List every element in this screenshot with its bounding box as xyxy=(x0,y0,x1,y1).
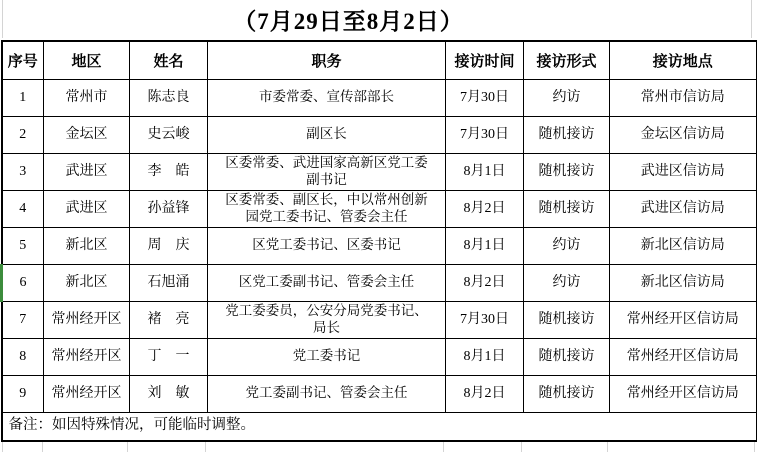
cell-name[interactable]: 刘 敏 xyxy=(130,375,208,412)
cell-location[interactable]: 武进区信访局 xyxy=(610,190,757,227)
cell-region[interactable]: 武进区 xyxy=(44,153,130,190)
cell-location[interactable]: 金坛区信访局 xyxy=(610,116,757,153)
cell-location[interactable]: 新北区信访局 xyxy=(610,227,757,264)
cell-serial[interactable]: 3 xyxy=(2,153,44,190)
cell-name[interactable]: 石旭涌 xyxy=(130,264,208,301)
cell-region[interactable]: 常州市 xyxy=(44,79,130,116)
cell-name[interactable]: 孙益锋 xyxy=(130,190,208,227)
table-row: 1 常州市 陈志良 市委常委、宣传部部长 7月30日 约访 常州市信访局 xyxy=(2,79,757,116)
cell-serial[interactable]: 7 xyxy=(2,301,44,338)
gridline xyxy=(607,442,608,452)
cell-location[interactable]: 武进区信访局 xyxy=(610,153,757,190)
cell-position[interactable]: 区委常委、武进国家高新区党工委 副书记 xyxy=(208,153,446,190)
cell-time[interactable]: 7月30日 xyxy=(446,116,524,153)
cell-region[interactable]: 武进区 xyxy=(44,190,130,227)
reception-schedule-table: 序号地区姓名职务接访时间接访形式接访地点 1 常州市 陈志良 市委常委、宣传部部… xyxy=(0,40,757,442)
table-body: 1 常州市 陈志良 市委常委、宣传部部长 7月30日 约访 常州市信访局 2 金… xyxy=(2,79,757,412)
cell-location[interactable]: 常州经开区信访局 xyxy=(610,375,757,412)
table-row: 7 常州经开区 褚 亮 党工委委员，公安分局党委书记、 局长 7月30日 随机接… xyxy=(2,301,757,338)
cell-format[interactable]: 随机接访 xyxy=(524,190,610,227)
cell-serial[interactable]: 2 xyxy=(2,116,44,153)
gridline xyxy=(521,442,522,452)
cell-name[interactable]: 周 庆 xyxy=(130,227,208,264)
note-row: 备注：如因特殊情况，可能临时调整。 xyxy=(2,412,757,441)
cell-time[interactable]: 8月2日 xyxy=(446,375,524,412)
cell-format[interactable]: 随机接访 xyxy=(524,116,610,153)
cell-location[interactable]: 常州经开区信访局 xyxy=(610,338,757,375)
cell-name[interactable]: 李 皓 xyxy=(130,153,208,190)
cell-location[interactable]: 新北区信访局 xyxy=(610,264,757,301)
table-row: 2 金坛区 史云峻 副区长 7月30日 随机接访 金坛区信访局 xyxy=(2,116,757,153)
cell-position[interactable]: 区党工委副书记、管委会主任 xyxy=(208,264,446,301)
cell-time[interactable]: 8月1日 xyxy=(446,338,524,375)
header-row: 序号地区姓名职务接访时间接访形式接访地点 xyxy=(2,41,757,79)
cell-location[interactable]: 常州市信访局 xyxy=(610,79,757,116)
cell-serial[interactable]: 5 xyxy=(2,227,44,264)
cell-time[interactable]: 7月30日 xyxy=(446,301,524,338)
cell-serial[interactable]: 4 xyxy=(2,190,44,227)
cell-position[interactable]: 副区长 xyxy=(208,116,446,153)
cell-position[interactable]: 市委常委、宣传部部长 xyxy=(208,79,446,116)
spreadsheet-page: （7月29日至8月2日） 序号地区姓名职务接访时间接访形式接访地点 1 常州市 … xyxy=(0,0,757,452)
cell-region[interactable]: 金坛区 xyxy=(44,116,130,153)
cell-time[interactable]: 8月2日 xyxy=(446,264,524,301)
table-row: 3 武进区 李 皓 区委常委、武进国家高新区党工委 副书记 8月1日 随机接访 … xyxy=(2,153,757,190)
cell-format[interactable]: 约访 xyxy=(524,264,610,301)
cell-region[interactable]: 常州经开区 xyxy=(44,338,130,375)
cell-location[interactable]: 常州经开区信访局 xyxy=(610,301,757,338)
cell-name[interactable]: 褚 亮 xyxy=(130,301,208,338)
cell-time[interactable]: 8月2日 xyxy=(446,190,524,227)
gridline xyxy=(205,442,206,452)
cell-region[interactable]: 新北区 xyxy=(44,264,130,301)
gridline xyxy=(2,442,3,452)
cell-name[interactable]: 陈志良 xyxy=(130,79,208,116)
table-row: 4 武进区 孙益锋 区委常委、副区长，中以常州创新 园党工委书记、管委会主任 8… xyxy=(2,190,757,227)
header-cell[interactable]: 姓名 xyxy=(130,41,208,79)
cell-time[interactable]: 8月1日 xyxy=(446,153,524,190)
note-cell[interactable]: 备注：如因特殊情况，可能临时调整。 xyxy=(2,412,757,441)
cell-format[interactable]: 约访 xyxy=(524,79,610,116)
header-cell[interactable]: 地区 xyxy=(44,41,130,79)
cell-time[interactable]: 7月30日 xyxy=(446,79,524,116)
cell-format[interactable]: 约访 xyxy=(524,227,610,264)
cell-serial[interactable]: 1 xyxy=(2,79,44,116)
cell-region[interactable]: 常州经开区 xyxy=(44,375,130,412)
table-row: 8 常州经开区 丁 一 党工委书记 8月1日 随机接访 常州经开区信访局 xyxy=(2,338,757,375)
cell-format[interactable]: 随机接访 xyxy=(524,338,610,375)
cell-serial[interactable]: 9 xyxy=(2,375,44,412)
cell-position[interactable]: 党工委副书记、管委会主任 xyxy=(208,375,446,412)
table-row: 9 常州经开区 刘 敏 党工委副书记、管委会主任 8月2日 随机接访 常州经开区… xyxy=(2,375,757,412)
cell-serial[interactable]: 8 xyxy=(2,338,44,375)
cell-position[interactable]: 区委常委、副区长，中以常州创新 园党工委书记、管委会主任 xyxy=(208,190,446,227)
header-cell[interactable]: 接访时间 xyxy=(446,41,524,79)
gridline xyxy=(127,442,128,452)
header-cell[interactable]: 职务 xyxy=(208,41,446,79)
cell-format[interactable]: 随机接访 xyxy=(524,301,610,338)
table-row: 5 新北区 周 庆 区党工委书记、区委书记 8月1日 约访 新北区信访局 xyxy=(2,227,757,264)
table-row: 6 新北区 石旭涌 区党工委副书记、管委会主任 8月2日 约访 新北区信访局 xyxy=(2,264,757,301)
page-title: （7月29日至8月2日） xyxy=(0,0,755,40)
cell-region[interactable]: 常州经开区 xyxy=(44,301,130,338)
gridline xyxy=(42,442,43,452)
cell-serial[interactable]: 6 xyxy=(2,264,44,301)
cell-format[interactable]: 随机接访 xyxy=(524,153,610,190)
cell-name[interactable]: 丁 一 xyxy=(130,338,208,375)
cell-region[interactable]: 新北区 xyxy=(44,227,130,264)
header-cell[interactable]: 序号 xyxy=(2,41,44,79)
gridline xyxy=(754,442,755,452)
cell-name[interactable]: 史云峻 xyxy=(130,116,208,153)
cell-position[interactable]: 党工委委员，公安分局党委书记、 局长 xyxy=(208,301,446,338)
cell-position[interactable]: 区党工委书记、区委书记 xyxy=(208,227,446,264)
header-cell[interactable]: 接访形式 xyxy=(524,41,610,79)
cell-time[interactable]: 8月1日 xyxy=(446,227,524,264)
header-cell[interactable]: 接访地点 xyxy=(610,41,757,79)
gridline xyxy=(443,442,444,452)
cell-position[interactable]: 党工委书记 xyxy=(208,338,446,375)
cell-format[interactable]: 随机接访 xyxy=(524,375,610,412)
